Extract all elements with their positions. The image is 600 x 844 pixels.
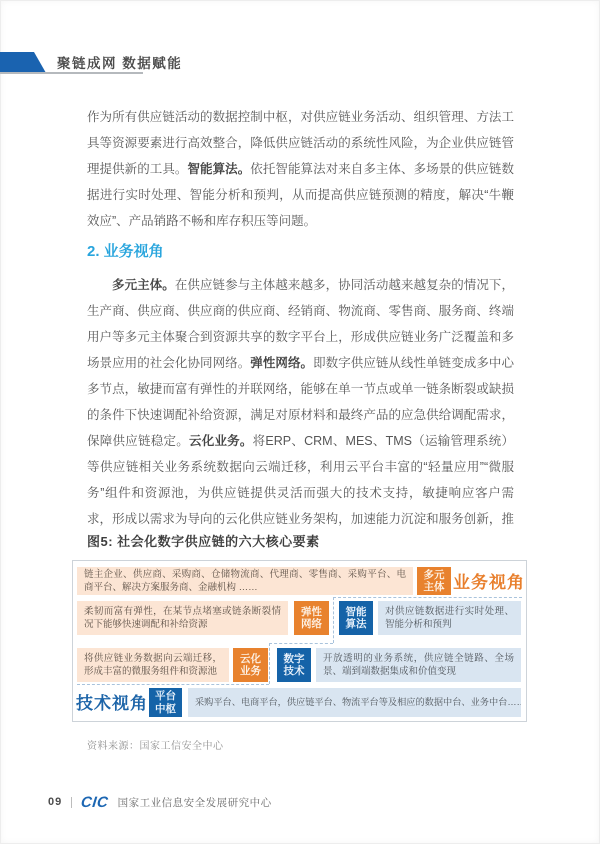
page-number: 09 bbox=[48, 796, 62, 808]
digital-tech-desc: 开放透明的业务系统，供应链全链路、全场景、端到端数据集成和价值变现 bbox=[323, 652, 514, 678]
elastic-network-desc-box: 柔韧而富有弹性，在某节点堵塞或链条断裂情况下能够快速调配和补给资源 bbox=[77, 601, 288, 635]
cloud-business-tag: 云化业务 bbox=[233, 648, 268, 682]
elastic-network-tag-label: 弹性网络 bbox=[300, 606, 323, 631]
smart-algorithm-desc: 对供应链数据进行实时处理、智能分析和预判 bbox=[385, 605, 514, 631]
view-divider-dashed-line bbox=[269, 643, 270, 684]
platform-hub-tag-label: 平台中枢 bbox=[154, 690, 177, 715]
smart-algorithm-tag-label: 智能算法 bbox=[345, 606, 368, 631]
figure-diagram: 链主企业、供应商、采购商、仓储物流商、代理商、零售商、采购平台、电商平台、解决方… bbox=[72, 560, 527, 722]
section-heading: 2. 业务视角 bbox=[87, 242, 514, 262]
document-page: 聚链成网 数据赋能 作为所有供应链活动的数据控制中枢，对供应链业务活动、组织管理… bbox=[0, 0, 600, 844]
view-divider-dashed-line bbox=[269, 643, 333, 644]
footer-divider bbox=[71, 797, 72, 808]
digital-tech-desc-box: 开放透明的业务系统，供应链全链路、全场景、端到端数据集成和价值变现 bbox=[316, 648, 521, 682]
cloud-business-desc: 将供应链业务数据向云端迁移，形成丰富的微服务组件和资源池 bbox=[84, 652, 222, 678]
para2-run: 将ERP、CRM、MES、TMS（运输管理系统）等供应链相关业务系统数据向云端迁… bbox=[87, 434, 514, 528]
para2-bold-term: 弹性网络。 bbox=[250, 356, 313, 370]
elastic-network-desc: 柔韧而富有弹性，在某节点堵塞或链条断裂情况下能够快速调配和补给资源 bbox=[84, 605, 281, 631]
para2-bold-term: 云化业务。 bbox=[189, 434, 253, 448]
para2-bold-term: 多元主体。 bbox=[112, 278, 175, 292]
view-divider-dashed-line bbox=[77, 684, 269, 685]
multi-subject-tag: 多元主体 bbox=[417, 567, 451, 595]
multi-subject-desc: 链主企业、供应商、采购商、仓储物流商、代理商、零售商、采购平台、电商平台、解决方… bbox=[84, 568, 406, 594]
para1-bold-term: 智能算法。 bbox=[187, 162, 250, 176]
organization-name: 国家工业信息安全发展研究中心 bbox=[118, 795, 272, 810]
cic-logo: CIC bbox=[80, 794, 109, 811]
business-view-label: 业务视角 bbox=[455, 565, 523, 596]
smart-algorithm-desc-box: 对供应链数据进行实时处理、智能分析和预判 bbox=[378, 601, 521, 635]
multi-subject-desc-box: 链主企业、供应商、采购商、仓储物流商、代理商、零售商、采购平台、电商平台、解决方… bbox=[77, 567, 413, 595]
figure-title: 图5: 社会化数字供应链的六大核心要素 bbox=[87, 531, 320, 550]
platform-hub-tag: 平台中枢 bbox=[149, 688, 182, 717]
running-header-title: 聚链成网 数据赋能 bbox=[57, 52, 182, 72]
platform-hub-desc-box: 采购平台、电商平台，供应链平台、物流平台等及相应的数据中台、业务中台…… bbox=[188, 688, 521, 717]
cloud-business-tag-label: 云化业务 bbox=[239, 653, 262, 678]
cloud-business-desc-box: 将供应链业务数据向云端迁移，形成丰富的微服务组件和资源池 bbox=[77, 648, 229, 682]
header-rule bbox=[0, 72, 143, 74]
page-footer: 09 CIC 国家工业信息安全发展研究中心 bbox=[48, 794, 272, 810]
platform-hub-desc: 采购平台、电商平台，供应链平台、物流平台等及相应的数据中台、业务中台…… bbox=[195, 696, 521, 709]
paragraph-2: 多元主体。在供应链参与主体越来越多，协同活动越来越复杂的情况下，生产商、供应商、… bbox=[87, 272, 514, 528]
view-divider-dashed-line bbox=[333, 597, 334, 643]
header-blue-flag bbox=[0, 52, 46, 73]
smart-algorithm-tag: 智能算法 bbox=[339, 601, 373, 635]
figure-source-note: 资料来源：国家工信安全中心 bbox=[87, 737, 224, 752]
paragraph-1: 作为所有供应链活动的数据控制中枢，对供应链业务活动、组织管理、方法工具等资源要素… bbox=[87, 104, 514, 234]
tech-view-label: 技术视角 bbox=[79, 686, 145, 717]
digital-tech-tag-label: 数字技术 bbox=[283, 653, 306, 678]
multi-subject-tag-label: 多元主体 bbox=[423, 569, 446, 594]
view-divider-dashed-line bbox=[333, 597, 522, 598]
body-text: 作为所有供应链活动的数据控制中枢，对供应链业务活动、组织管理、方法工具等资源要素… bbox=[87, 104, 514, 528]
elastic-network-tag: 弹性网络 bbox=[294, 601, 329, 635]
digital-tech-tag: 数字技术 bbox=[277, 648, 311, 682]
